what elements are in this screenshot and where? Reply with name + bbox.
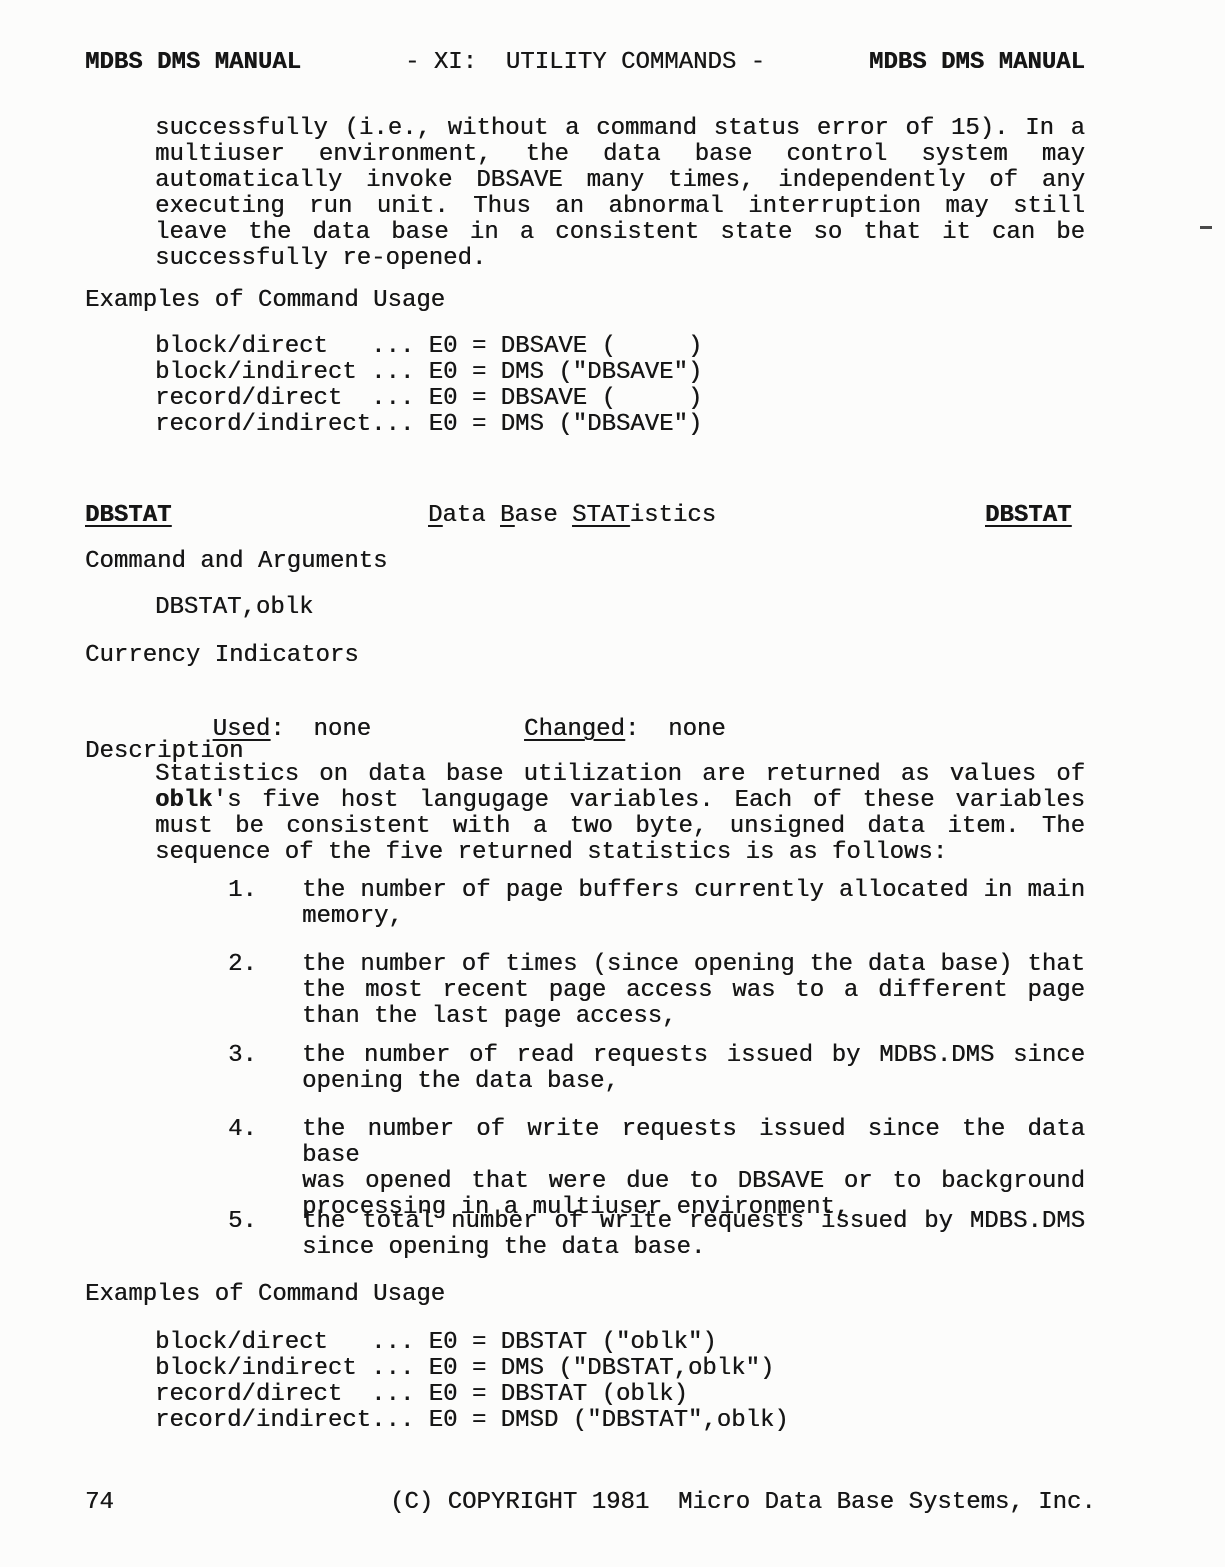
item-line: the number of write requests issued sinc… xyxy=(302,1117,1085,1169)
example-line: block/indirect ... E0 = DMS ("DBSAVE") xyxy=(155,360,702,386)
item-number: 3. xyxy=(228,1043,302,1095)
title-part: ata xyxy=(442,502,500,529)
example-line: block/direct ... E0 = DBSAVE ( ) xyxy=(155,334,702,360)
changed-value: : none xyxy=(625,716,726,743)
item-number: 5. xyxy=(228,1209,302,1261)
item-line: opening the data base, xyxy=(302,1069,1085,1095)
copyright-notice: (C) COPYRIGHT 1981 Micro Data Base Syste… xyxy=(390,1490,1096,1516)
title-part: D xyxy=(428,502,442,529)
paragraph-line: must be consistent with a two byte, unsi… xyxy=(155,814,1085,840)
example-line: record/direct ... E0 = DBSAVE ( ) xyxy=(155,386,702,412)
statistic-item-2: 2. the number of times (since opening th… xyxy=(228,952,1085,1030)
dbstat-command-name-right: DBSTAT xyxy=(985,503,1071,529)
paragraph-line-rest: 's five host langugage variables. Each o… xyxy=(213,787,1085,814)
paragraph-line: oblk's five host langugage variables. Ea… xyxy=(155,788,1085,814)
item-line: memory, xyxy=(302,904,1085,930)
statistic-item-4: 4. the number of write requests issued s… xyxy=(228,1117,1085,1221)
header-left-title: MDBS DMS MANUAL xyxy=(85,50,301,76)
used-value: : none xyxy=(270,716,371,743)
page-number: 74 xyxy=(85,1490,114,1516)
dbsave-description-paragraph: successfully (i.e., without a command st… xyxy=(155,116,1085,272)
item-line: the number of times (since opening the d… xyxy=(302,952,1085,978)
paragraph-line: successfully re-opened. xyxy=(155,246,1085,272)
item-number: 1. xyxy=(228,878,302,930)
title-part: B xyxy=(500,502,514,529)
dbsave-examples-block: block/direct ... E0 = DBSAVE ( ) block/i… xyxy=(155,334,702,438)
paragraph-line: automatically invoke DBSAVE many times, … xyxy=(155,168,1085,194)
dbstat-command-title: Data Base STATistics xyxy=(428,503,716,529)
statistic-item-1: 1. the number of page buffers currently … xyxy=(228,878,1085,930)
page-header: MDBS DMS MANUAL - XI: UTILITY COMMANDS -… xyxy=(85,50,1085,76)
description-paragraph: Statistics on data base utilization are … xyxy=(155,762,1085,866)
item-text: the number of page buffers currently all… xyxy=(302,878,1085,930)
dbsave-examples-heading: Examples of Command Usage xyxy=(85,288,445,314)
item-text: the number of write requests issued sinc… xyxy=(302,1117,1085,1221)
header-right-title: MDBS DMS MANUAL xyxy=(869,50,1085,76)
item-line: the total number of write requests issue… xyxy=(302,1209,1085,1235)
paragraph-line: sequence of the five returned statistics… xyxy=(155,840,1085,866)
item-number: 4. xyxy=(228,1117,302,1221)
item-line: since opening the data base. xyxy=(302,1235,1085,1261)
example-line: record/direct ... E0 = DBSTAT (oblk) xyxy=(155,1382,789,1408)
paragraph-line: multiuser environment, the data base con… xyxy=(155,142,1085,168)
command-arguments-heading: Command and Arguments xyxy=(85,549,387,575)
paragraph-line: Statistics on data base utilization are … xyxy=(155,762,1085,788)
statistic-item-3: 3. the number of read requests issued by… xyxy=(228,1043,1085,1095)
item-number: 2. xyxy=(228,952,302,1030)
item-line: was opened that were due to DBSAVE or to… xyxy=(302,1169,1085,1195)
paragraph-line: successfully (i.e., without a command st… xyxy=(155,116,1085,142)
manual-page: MDBS DMS MANUAL - XI: UTILITY COMMANDS -… xyxy=(0,0,1225,1567)
item-text: the number of times (since opening the d… xyxy=(302,952,1085,1030)
example-line: record/indirect... E0 = DMS ("DBSAVE") xyxy=(155,412,702,438)
dbstat-command-name-left: DBSTAT xyxy=(85,503,171,529)
item-line: the most recent page access was to a dif… xyxy=(302,978,1085,1004)
example-line: block/direct ... E0 = DBSTAT ("oblk") xyxy=(155,1330,789,1356)
oblk-emphasis: oblk xyxy=(155,787,213,814)
item-line: the number of page buffers currently all… xyxy=(302,878,1085,904)
dbstat-title-row: DBSTAT Data Base STATistics DBSTAT xyxy=(85,503,1085,529)
paragraph-line: leave the data base in a consistent stat… xyxy=(155,220,1085,246)
dbstat-examples-heading: Examples of Command Usage xyxy=(85,1282,445,1308)
header-chapter-title: - XI: UTILITY COMMANDS - xyxy=(405,50,765,76)
example-line: block/indirect ... E0 = DMS ("DBSTAT,obl… xyxy=(155,1356,789,1382)
item-text: the number of read requests issued by MD… xyxy=(302,1043,1085,1095)
dbstat-examples-block: block/direct ... E0 = DBSTAT ("oblk") bl… xyxy=(155,1330,789,1434)
command-syntax: DBSTAT,oblk xyxy=(155,595,313,621)
item-line: than the last page access, xyxy=(302,1004,1085,1030)
scan-artifact-dash xyxy=(1200,226,1212,229)
paragraph-line: executing run unit. Thus an abnormal int… xyxy=(155,194,1085,220)
title-part: STAT xyxy=(572,502,630,529)
changed-label: Changed xyxy=(524,716,625,743)
title-part: ase xyxy=(514,502,572,529)
page-footer: 74 (C) COPYRIGHT 1981 Micro Data Base Sy… xyxy=(85,1490,1085,1516)
statistic-item-5: 5. the total number of write requests is… xyxy=(228,1209,1085,1261)
example-line: record/indirect... E0 = DMSD ("DBSTAT",o… xyxy=(155,1408,789,1434)
currency-indicators-heading: Currency Indicators xyxy=(85,643,359,669)
item-text: the total number of write requests issue… xyxy=(302,1209,1085,1261)
item-line: the number of read requests issued by MD… xyxy=(302,1043,1085,1069)
title-part: istics xyxy=(630,502,716,529)
